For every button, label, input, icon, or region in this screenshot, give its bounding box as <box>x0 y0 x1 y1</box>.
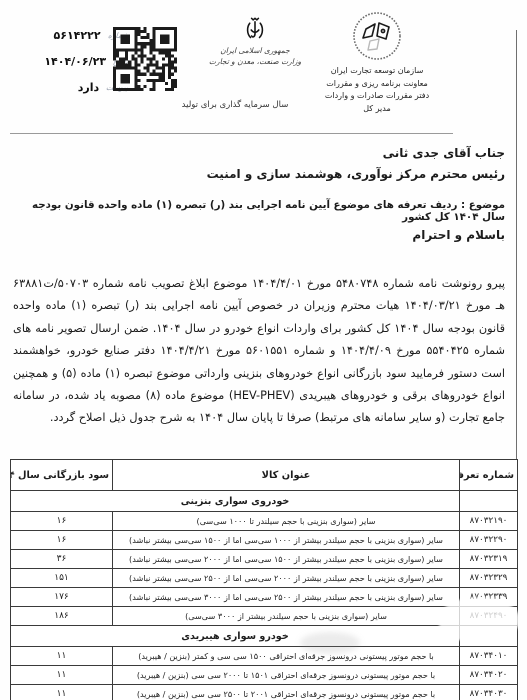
goods-title-cell: سایر (سواری بنزینی با حجم سیلندر تا ۱۰۰۰… <box>113 512 460 531</box>
profit-cell: ۱۶ <box>11 512 113 531</box>
iran-emblem-icon <box>240 14 270 46</box>
profit-cell: ۱۷۶ <box>11 588 113 607</box>
letter-number-row: شماره ۵۶۱۴۲۲۲ <box>10 26 128 44</box>
profit-cell: ۱۱ <box>11 647 113 666</box>
tariff-code-cell: ۸۷۰۳۴۰۲۰ <box>460 666 518 685</box>
tariff-code-cell: ۸۷۰۳۲۱۹۰ <box>460 512 518 531</box>
col-header-profit: سود بازرگانی سال ۱۴۰۴ <box>11 460 113 491</box>
letter-date-row: تاریخ ۱۴۰۴/۰۶/۲۳ <box>10 52 128 70</box>
goods-title-cell: سایر (سواری بنزینی با حجم سیلندر بیشتر ا… <box>113 531 460 550</box>
qr-code <box>113 27 177 91</box>
emblem-ministry-line: وزارت صنعت، معدن و تجارت <box>203 57 307 68</box>
letter-date-value: ۱۴۰۴/۰۶/۲۳ <box>44 55 106 68</box>
goods-title-cell: با حجم موتور پیستونی درونسوز جرقه‌ای احت… <box>113 666 460 685</box>
table-row: ۸۷۰۳۲۳۱۹سایر (سواری بنزینی با حجم سیلندر… <box>11 550 518 569</box>
letter-meta-block: شماره ۵۶۱۴۲۲۲ تاریخ ۱۴۰۴/۰۶/۲۳ پیوست دار… <box>10 26 128 104</box>
tariff-code-cell: ۸۷۰۳۲۳۱۹ <box>460 550 518 569</box>
letterhead-divider-line <box>10 133 453 134</box>
goods-title-cell: سایر (سواری بنزینی با حجم سیلندر بیشتر ا… <box>113 550 460 569</box>
org-block: سازمان توسعه تجارت ایران معاونت برنامه ر… <box>305 10 449 115</box>
goods-title-cell: سایر (سواری بنزینی با حجم سیلندر بیشتر ا… <box>113 569 460 588</box>
letter-number-value: ۵۶۱۴۲۲۲ <box>54 29 101 42</box>
org-name-line: سازمان توسعه تجارت ایران <box>305 65 449 78</box>
goods-title-cell: سایر (سواری بنزینی با حجم سیلندر بیشتر ا… <box>113 607 460 626</box>
scan-artifact-gray-smudge <box>300 632 360 654</box>
letter-body: پیرو رونوشت نامه شماره ۵۴۸۰۷۴۸ مورخ ۱۴۰۴… <box>13 273 505 430</box>
recipient-name: جناب آقای جدی ثانی <box>207 146 505 160</box>
profit-cell: ۱۱ <box>11 685 113 700</box>
table-row: ۸۷۰۳۴۰۳۰با حجم موتور پیستونی درونسوز جرق… <box>11 685 518 700</box>
salutation: باسلام و احترام <box>412 228 505 242</box>
col-header-tariff-code: شماره تعرفه <box>460 460 518 491</box>
section-title-cell: خودرو سواری هیبریدی <box>11 626 460 647</box>
tariff-table-body: خودروی سواری بنزینی۸۷۰۳۲۱۹۰سایر (سواری ب… <box>11 491 518 700</box>
profit-cell: ۱۸۶ <box>11 607 113 626</box>
table-row: ۸۷۰۳۴۰۱۰با حجم موتور پیستونی درونسوز جرق… <box>11 647 518 666</box>
profit-cell: ۱۱ <box>11 666 113 685</box>
scan-artifact-white-blob <box>438 597 520 643</box>
table-section-row: خودروی سواری بنزینی <box>11 491 518 512</box>
tariff-code-cell: ۸۷۰۳۲۳۲۹ <box>460 569 518 588</box>
org-director-line: مدیر کل <box>305 103 449 116</box>
org-deputy-line: معاونت برنامه ریزی و مقررات <box>305 78 449 91</box>
section-title-cell: خودروی سواری بنزینی <box>11 491 460 512</box>
org-office-line: دفتر مقررات صادرات و واردات <box>305 90 449 103</box>
recipient-title: رئیس محترم مرکز نوآوری، هوشمند سازی و ام… <box>207 167 505 181</box>
national-emblem-block: جمهوری اسلامی ایران وزارت صنعت، معدن و ت… <box>203 14 307 67</box>
col-header-goods-title: عنوان کالا <box>113 460 460 491</box>
profit-cell: ۳۶ <box>11 550 113 569</box>
tariff-code-cell: ۸۷۰۳۴۰۳۰ <box>460 685 518 700</box>
letter-attachment-row: پیوست دارد <box>10 78 128 96</box>
tariff-code-cell: ۸۷۰۳۴۰۱۰ <box>460 647 518 666</box>
table-row: ۸۷۰۳۲۲۹۰سایر (سواری بنزینی با حجم سیلندر… <box>11 531 518 550</box>
goods-title-cell: با حجم موتور پیستونی درونسوز جرقه‌ای احت… <box>113 647 460 666</box>
table-header-row: شماره تعرفه عنوان کالا سود بازرگانی سال … <box>11 460 518 491</box>
goods-title-cell: با حجم موتور پیستونی درونسوز جرقه‌ای احت… <box>113 685 460 700</box>
tariff-code-cell: ۸۷۰۳۲۲۹۰ <box>460 531 518 550</box>
table-row: ۸۷۰۳۲۳۳۹سایر (سواری بنزینی با حجم سیلندر… <box>11 588 518 607</box>
letter-attachment-value: دارد <box>78 81 99 94</box>
section-empty-code-cell <box>460 491 518 512</box>
table-row: ۸۷۰۳۲۳۲۹سایر (سواری بنزینی با حجم سیلندر… <box>11 569 518 588</box>
emblem-country-line: جمهوری اسلامی ایران <box>203 46 307 57</box>
table-row: ۸۷۰۳۲۱۹۰سایر (سواری بنزینی با حجم سیلندر… <box>11 512 518 531</box>
qr-code-pattern <box>113 27 177 91</box>
trade-org-logo <box>351 10 403 62</box>
year-slogan: سال سرمایه گذاری برای تولید <box>150 100 320 110</box>
table-row: ۸۷۰۳۴۰۲۰با حجم موتور پیستونی درونسوز جرق… <box>11 666 518 685</box>
profit-cell: ۱۶ <box>11 531 113 550</box>
tariff-table: شماره تعرفه عنوان کالا سود بازرگانی سال … <box>10 459 518 700</box>
goods-title-cell: سایر (سواری بنزینی با حجم سیلندر بیشتر ا… <box>113 588 460 607</box>
scanned-letter-page: شماره ۵۶۱۴۲۲۲ تاریخ ۱۴۰۴/۰۶/۲۳ پیوست دار… <box>0 0 527 700</box>
profit-cell: ۱۵۱ <box>11 569 113 588</box>
recipient-block: جناب آقای جدی ثانی رئیس محترم مرکز نوآور… <box>207 146 505 181</box>
subject-line: موضوع : ردیف تعرفه های موضوع آیین نامه ا… <box>14 199 505 223</box>
